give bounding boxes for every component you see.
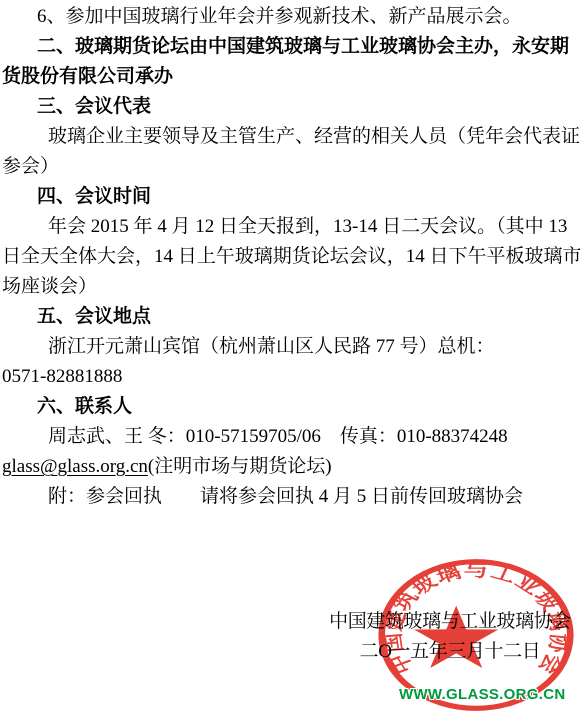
delegates-text: 玻璃企业主要领导及主管生产、经营的相关人员（凭年会代表证	[0, 122, 580, 152]
venue-text: 浙江开元萧山宾馆（杭州萧山区人民路 77 号）总机：	[0, 332, 580, 362]
heading-5-venue: 五、会议地点	[0, 302, 580, 332]
email-link[interactable]: glass@glass.org.cn	[2, 456, 148, 477]
notice-document-page: 6、参加中国玻璃行业年会并参观新技术、新产品展示会。 二、玻璃期货论坛由中国建筑…	[0, 0, 580, 717]
signature-block: 中国建筑玻璃与工业玻璃协会 二O一五年三月十二日	[326, 607, 574, 667]
time-text-cont-2: 场座谈会）	[0, 272, 580, 302]
signature-date: 二O一五年三月十二日	[326, 637, 574, 667]
attachment-note: 附：参会回执 请将参会回执 4 月 5 日前传回玻璃协会	[0, 482, 580, 512]
heading-3-delegates: 三、会议代表	[0, 92, 580, 122]
signature-organization: 中国建筑玻璃与工业玻璃协会	[326, 607, 574, 637]
heading-2-forum: 二、玻璃期货论坛由中国建筑玻璃与工业玻璃协会主办，永安期	[0, 32, 580, 62]
heading-6-contacts: 六、联系人	[0, 392, 580, 422]
heading-4-time: 四、会议时间	[0, 182, 580, 212]
list-item-6: 6、参加中国玻璃行业年会并参观新技术、新产品展示会。	[0, 2, 580, 32]
delegates-text-cont: 参会）	[0, 152, 580, 182]
contacts-email-line: glass@glass.org.cn(注明市场与期货论坛)	[0, 452, 580, 482]
email-note: (注明市场与期货论坛)	[148, 456, 332, 477]
document-body: 6、参加中国玻璃行业年会并参观新技术、新产品展示会。 二、玻璃期货论坛由中国建筑…	[0, 2, 580, 512]
time-text: 年会 2015 年 4 月 12 日全天报到，13-14 日二天会议。（其中 1…	[0, 212, 580, 242]
time-text-cont-1: 日全天全体大会，14 日上午玻璃期货论坛会议，14 日下午平板玻璃市	[0, 242, 580, 272]
contacts-phones: 周志武、王 冬：010-57159705/06 传真：010-88374248	[0, 422, 580, 452]
heading-2-forum-cont: 货股份有限公司承办	[0, 62, 580, 92]
venue-phone: 0571-82881888	[0, 362, 580, 392]
website-watermark[interactable]: WWW.GLASS.ORG.CN	[399, 686, 565, 703]
